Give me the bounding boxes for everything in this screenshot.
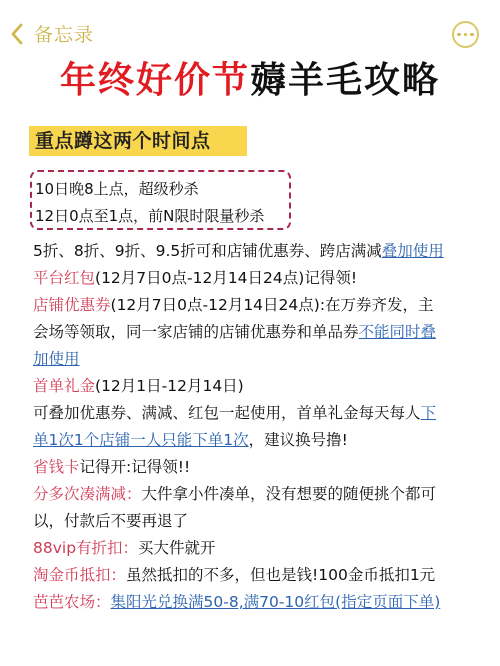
stack-use-link[interactable]: 叠加使用 [382, 242, 444, 260]
discount-line: 5折、8折、9折、9.5折可和店铺优惠券、跨店满减叠加使用 [33, 238, 473, 265]
multi-order-label: 分多次凑满减： [33, 485, 142, 503]
platform-redpacket-label: 平台红包 [33, 269, 95, 287]
cannot-stack-link-cont[interactable]: 加使用 [33, 350, 80, 368]
taojinbi-line: 淘金币抵扣：虽然抵扣的不多，但也是钱!100金币抵扣1元 [33, 562, 473, 589]
baba-farm-label: 芭芭农场： [33, 593, 111, 611]
back-button[interactable]: 备忘录 [10, 20, 94, 47]
nav-bar: 备忘录 [0, 0, 500, 58]
baba-farm-link[interactable]: 集阳光兑换满50-8,满70-10红包(指定页面下单) [111, 593, 441, 611]
note-body: 5折、8折、9折、9.5折可和店铺优惠券、跨店满减叠加使用 平台红包(12月7日… [33, 238, 473, 616]
order-limit-link-cont[interactable]: 单1次1个店铺一人只能下单1次 [33, 431, 249, 449]
ellipsis-dot-icon [464, 33, 468, 37]
chevron-left-icon [10, 23, 24, 45]
multi-order-line-2: 以，付款后不要再退了 [33, 508, 473, 535]
title-black-part: 薅羊毛攻略 [250, 60, 440, 101]
saving-card-label: 省钱卡 [33, 458, 80, 476]
note-title: 年终好价节薅羊毛攻略 [0, 57, 500, 105]
first-order-line: 首单礼金(12月1日-12月14日) [33, 373, 473, 400]
time-point-item: 10日晚8上点，超级秒杀 [35, 176, 289, 203]
title-red-part: 年终好价节 [60, 60, 250, 101]
multi-order-line: 分多次凑满减：大件拿小件凑单，没有想要的随便挑个都可 [33, 481, 473, 508]
shop-coupon-line: 店铺优惠券(12月7日0点-12月14日24点):在万券齐发，主 [33, 292, 473, 319]
section-heading: 重点蹲这两个时间点 [29, 126, 247, 156]
more-options-button[interactable] [452, 21, 479, 48]
ellipsis-dot-icon [457, 33, 461, 37]
first-order-desc-2: 单1次1个店铺一人只能下单1次，建议换号撸! [33, 427, 473, 454]
order-limit-link[interactable]: 下 [421, 404, 437, 422]
cannot-stack-link[interactable]: 不能同时叠 [359, 323, 437, 341]
first-order-desc: 可叠加优惠券、满减、红包一起使用，首单礼金每天每人下 [33, 400, 473, 427]
baba-farm-line: 芭芭农场：集阳光兑换满50-8,满70-10红包(指定页面下单) [33, 589, 473, 616]
vip88-line: 88vip有折扣：买大件就开 [33, 535, 473, 562]
taojinbi-label: 淘金币抵扣： [33, 566, 126, 584]
platform-redpacket-line: 平台红包(12月7日0点-12月14日24点)记得领! [33, 265, 473, 292]
shop-coupon-line-3: 加使用 [33, 346, 473, 373]
ellipsis-dot-icon [470, 33, 474, 37]
first-order-label: 首单礼金 [33, 377, 95, 395]
time-point-item: 12日0点至1点，前N限时限量秒杀 [35, 203, 289, 230]
saving-card-line: 省钱卡记得开:记得领!! [33, 454, 473, 481]
time-points-box: 10日晚8上点，超级秒杀 12日0点至1点，前N限时限量秒杀 [30, 170, 291, 230]
shop-coupon-label: 店铺优惠券 [33, 296, 111, 314]
shop-coupon-line-2: 会场等领取，同一家店铺的店铺优惠券和单品券不能同时叠 [33, 319, 473, 346]
vip88-label: 88vip有折扣： [33, 539, 138, 557]
back-label: 备忘录 [34, 20, 94, 47]
